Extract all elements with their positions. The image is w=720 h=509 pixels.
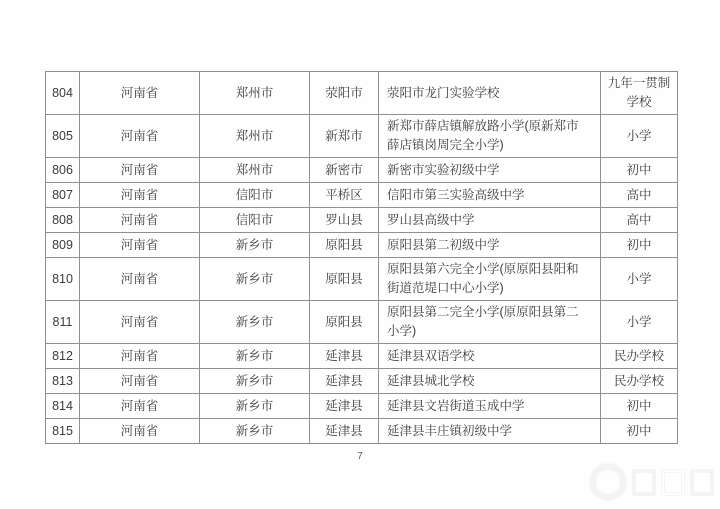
table-cell-number: 809 [46, 233, 80, 258]
table-cell-type: 九年一贯制学校 [601, 72, 678, 115]
table-cell-type: 初中 [601, 233, 678, 258]
table-cell-type: 小学 [601, 258, 678, 301]
table-cell-city: 新乡市 [200, 344, 310, 369]
table-cell-number: 812 [46, 344, 80, 369]
table-cell-county: 平桥区 [310, 183, 379, 208]
table-cell-school: 原阳县第二完全小学(原原阳县第二小学) [379, 301, 601, 344]
table-cell-type: 初中 [601, 158, 678, 183]
table-cell-county: 荥阳市 [310, 72, 379, 115]
table-cell-type: 初中 [601, 394, 678, 419]
table-cell-county: 延津县 [310, 369, 379, 394]
table-cell-school: 原阳县第二初级中学 [379, 233, 601, 258]
table-cell-county: 原阳县 [310, 301, 379, 344]
table-cell-school: 原阳县第六完全小学(原原阳县阳和街道范堤口中心小学) [379, 258, 601, 301]
watermark [589, 463, 714, 501]
table-cell-number: 815 [46, 419, 80, 444]
table-cell-type: 小学 [601, 115, 678, 158]
table-cell-number: 810 [46, 258, 80, 301]
table-cell-county: 延津县 [310, 344, 379, 369]
table-cell-province: 河南省 [80, 158, 200, 183]
table-cell-school: 延津县双语学校 [379, 344, 601, 369]
table-cell-county: 原阳县 [310, 233, 379, 258]
table-cell-province: 河南省 [80, 258, 200, 301]
table-cell-city: 郑州市 [200, 72, 310, 115]
table-cell-city: 郑州市 [200, 115, 310, 158]
table-cell-province: 河南省 [80, 344, 200, 369]
table-cell-county: 延津县 [310, 394, 379, 419]
table-cell-county: 原阳县 [310, 258, 379, 301]
table-cell-province: 河南省 [80, 369, 200, 394]
table-cell-province: 河南省 [80, 394, 200, 419]
table-cell-city: 新乡市 [200, 301, 310, 344]
table-cell-county: 延津县 [310, 419, 379, 444]
table-cell-type: 小学 [601, 301, 678, 344]
table-cell-city: 新乡市 [200, 419, 310, 444]
table-cell-city: 信阳市 [200, 183, 310, 208]
table-cell-province: 河南省 [80, 183, 200, 208]
table-row: 807河南省信阳市平桥区信阳市第三实验高级中学高中 [46, 183, 678, 208]
table-cell-number: 804 [46, 72, 80, 115]
page-number: 7 [0, 451, 720, 462]
table-cell-city: 新乡市 [200, 233, 310, 258]
table-cell-city: 新乡市 [200, 258, 310, 301]
table-cell-type: 高中 [601, 208, 678, 233]
table-cell-number: 814 [46, 394, 80, 419]
table-cell-province: 河南省 [80, 419, 200, 444]
watermark-glyph-icon [690, 469, 714, 496]
table-cell-school: 延津县文岩街道玉成中学 [379, 394, 601, 419]
table-body: 804河南省郑州市荥阳市荥阳市龙门实验学校九年一贯制学校805河南省郑州市新郑市… [46, 72, 678, 444]
table-cell-school: 信阳市第三实验高级中学 [379, 183, 601, 208]
watermark-glyph-icon [661, 469, 685, 496]
document-page: 804河南省郑州市荥阳市荥阳市龙门实验学校九年一贯制学校805河南省郑州市新郑市… [0, 0, 720, 509]
table-row: 805河南省郑州市新郑市新郑市薛店镇解放路小学(原新郑市薛店镇岗周完全小学)小学 [46, 115, 678, 158]
table-cell-school: 延津县城北学校 [379, 369, 601, 394]
table-cell-school: 罗山县高级中学 [379, 208, 601, 233]
table-cell-county: 新密市 [310, 158, 379, 183]
table-row: 810河南省新乡市原阳县原阳县第六完全小学(原原阳县阳和街道范堤口中心小学)小学 [46, 258, 678, 301]
table-row: 814河南省新乡市延津县延津县文岩街道玉成中学初中 [46, 394, 678, 419]
table-cell-county: 新郑市 [310, 115, 379, 158]
table-cell-city: 信阳市 [200, 208, 310, 233]
table-cell-number: 811 [46, 301, 80, 344]
table-cell-number: 805 [46, 115, 80, 158]
watermark-glyph-icon [632, 469, 656, 496]
table-cell-number: 808 [46, 208, 80, 233]
table-cell-school: 新郑市薛店镇解放路小学(原新郑市薛店镇岗周完全小学) [379, 115, 601, 158]
table-row: 811河南省新乡市原阳县原阳县第二完全小学(原原阳县第二小学)小学 [46, 301, 678, 344]
table-cell-province: 河南省 [80, 72, 200, 115]
table-cell-type: 民办学校 [601, 344, 678, 369]
school-list-table: 804河南省郑州市荥阳市荥阳市龙门实验学校九年一贯制学校805河南省郑州市新郑市… [45, 71, 678, 444]
table-row: 804河南省郑州市荥阳市荥阳市龙门实验学校九年一贯制学校 [46, 72, 678, 115]
table-cell-number: 806 [46, 158, 80, 183]
table-cell-county: 罗山县 [310, 208, 379, 233]
table-cell-city: 新乡市 [200, 394, 310, 419]
table-cell-city: 新乡市 [200, 369, 310, 394]
table-row: 813河南省新乡市延津县延津县城北学校民办学校 [46, 369, 678, 394]
table-cell-type: 初中 [601, 419, 678, 444]
table-row: 809河南省新乡市原阳县原阳县第二初级中学初中 [46, 233, 678, 258]
watermark-camera-logo-icon [589, 463, 627, 501]
table-cell-number: 813 [46, 369, 80, 394]
table-row: 808河南省信阳市罗山县罗山县高级中学高中 [46, 208, 678, 233]
table-cell-province: 河南省 [80, 115, 200, 158]
table-cell-school: 延津县丰庄镇初级中学 [379, 419, 601, 444]
table-cell-type: 民办学校 [601, 369, 678, 394]
table-cell-province: 河南省 [80, 208, 200, 233]
table-cell-number: 807 [46, 183, 80, 208]
table-row: 806河南省郑州市新密市新密市实验初级中学初中 [46, 158, 678, 183]
table-row: 812河南省新乡市延津县延津县双语学校民办学校 [46, 344, 678, 369]
table-cell-school: 荥阳市龙门实验学校 [379, 72, 601, 115]
table-cell-province: 河南省 [80, 233, 200, 258]
table-cell-province: 河南省 [80, 301, 200, 344]
table-row: 815河南省新乡市延津县延津县丰庄镇初级中学初中 [46, 419, 678, 444]
table-cell-school: 新密市实验初级中学 [379, 158, 601, 183]
table-cell-type: 高中 [601, 183, 678, 208]
table-cell-city: 郑州市 [200, 158, 310, 183]
